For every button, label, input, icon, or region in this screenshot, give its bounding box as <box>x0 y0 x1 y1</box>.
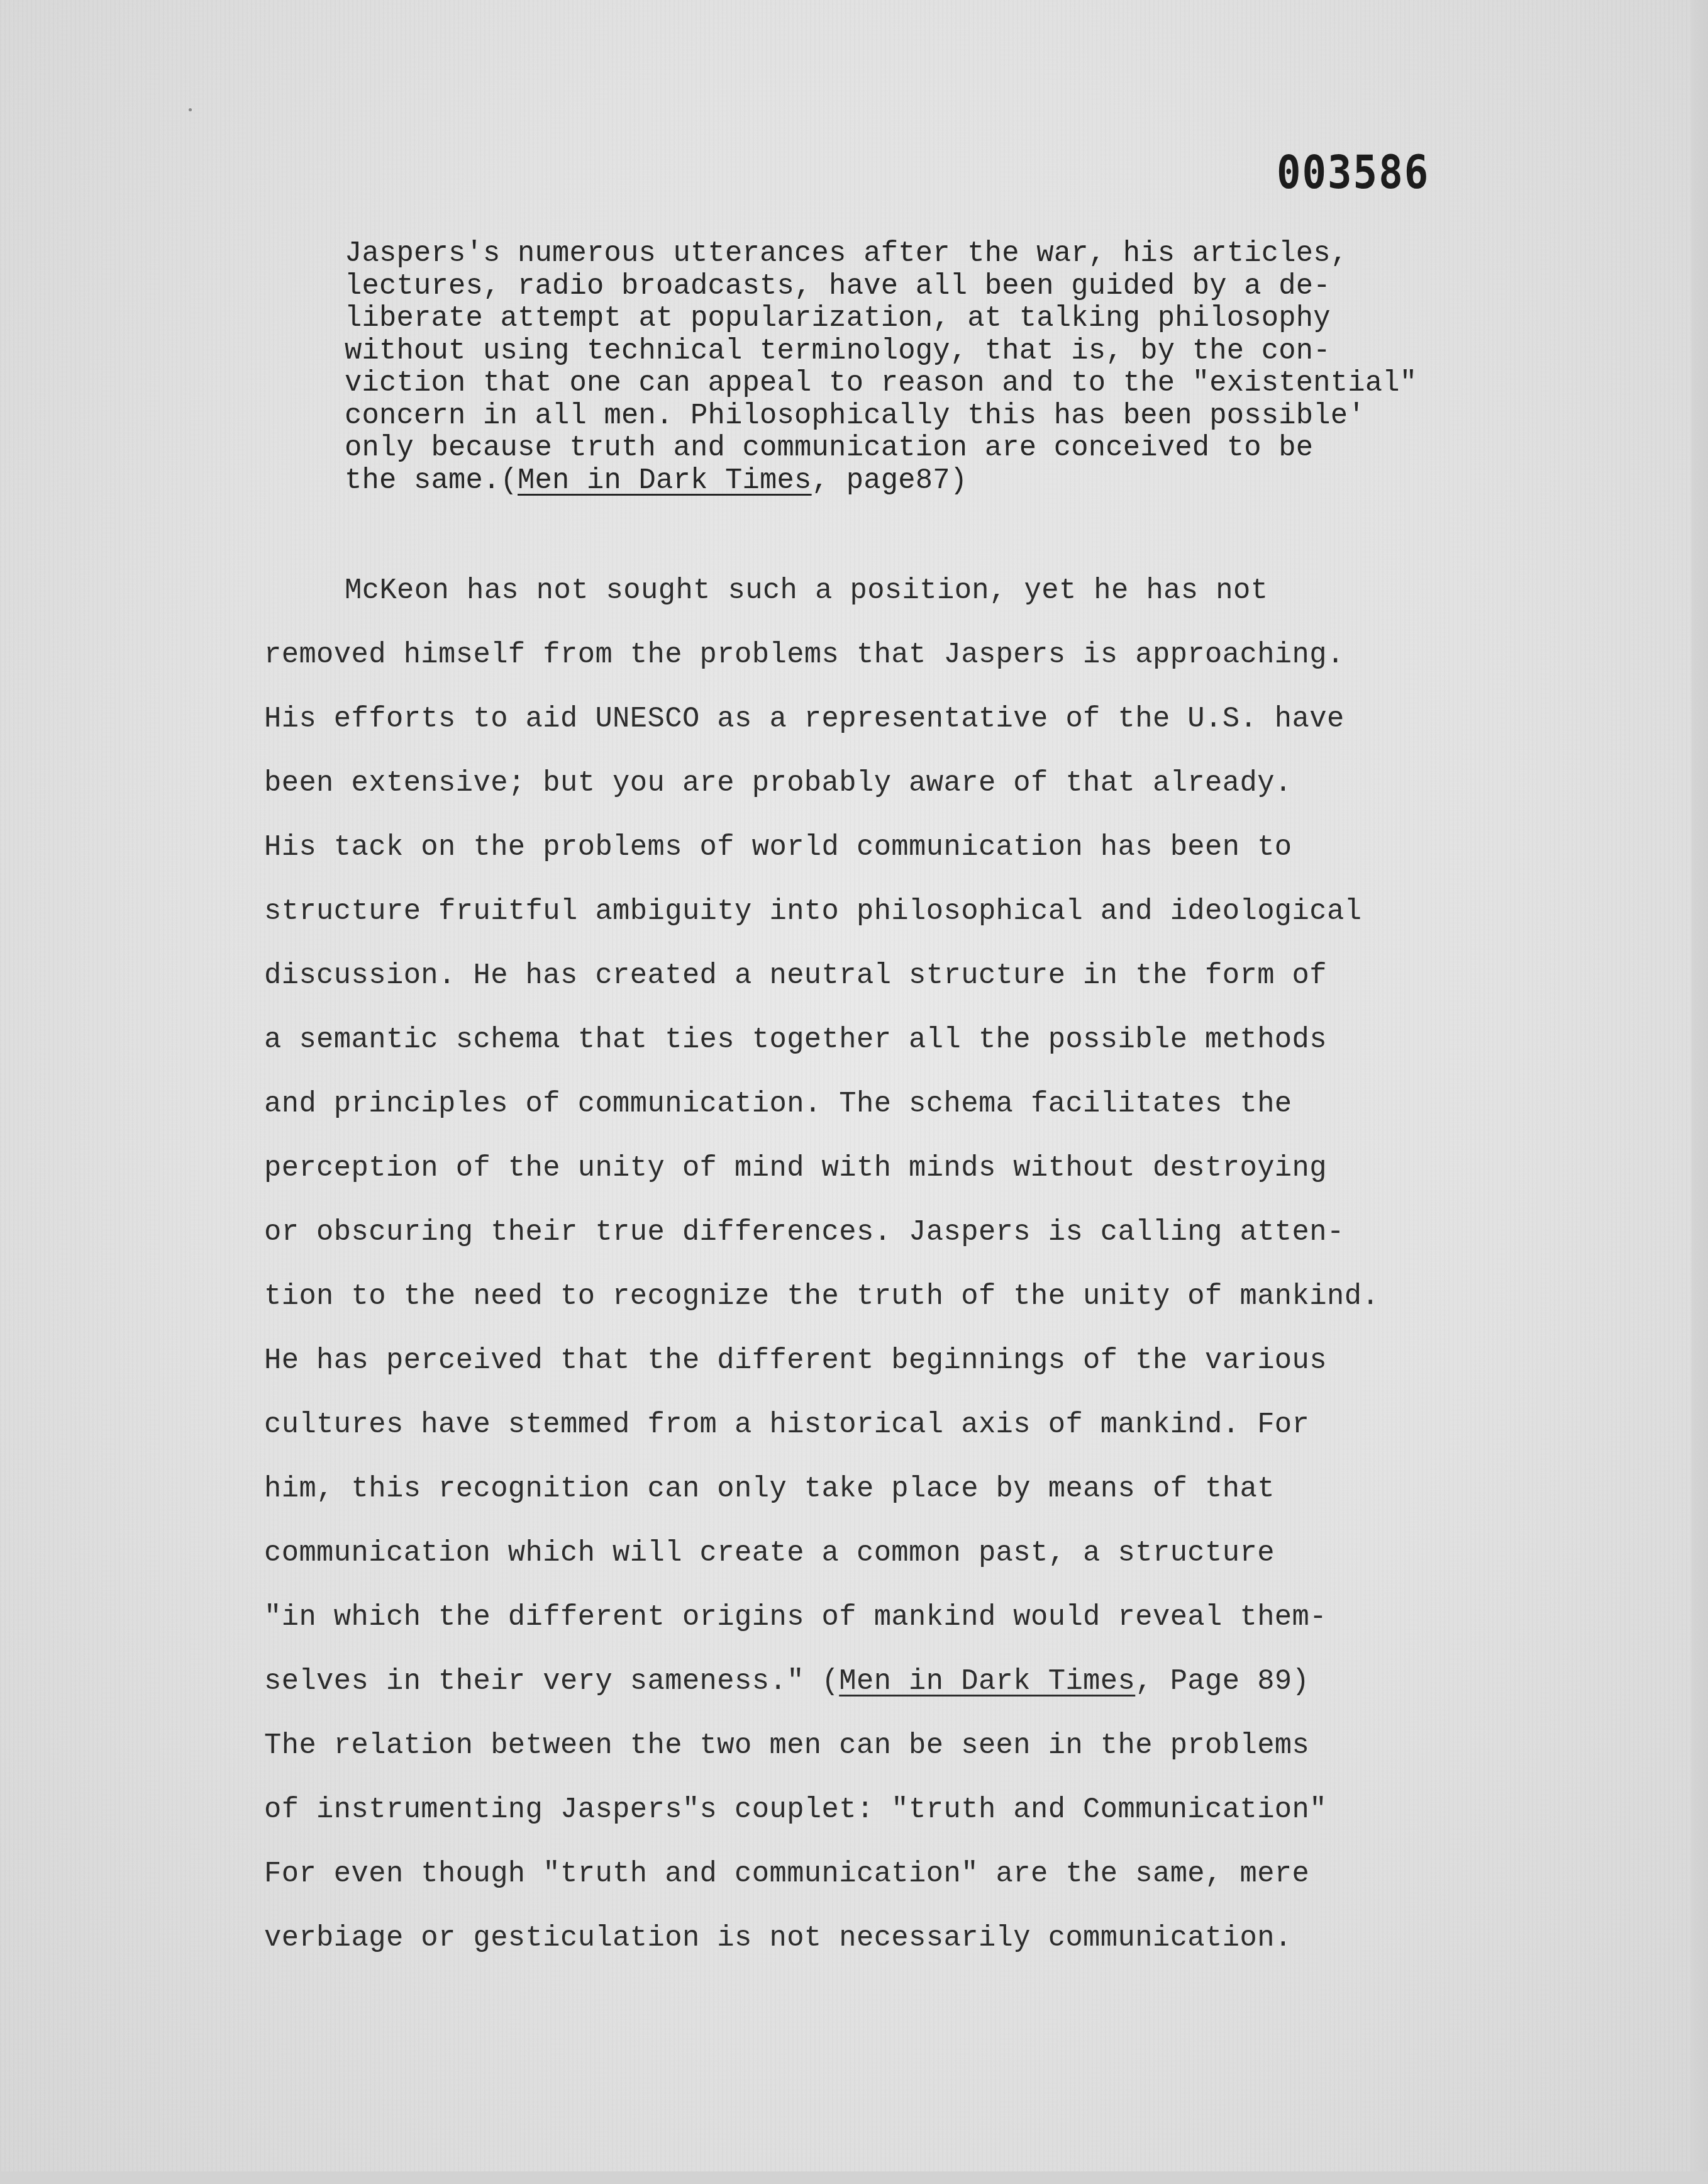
body-line: For even though "truth and communication… <box>264 1842 1585 1906</box>
block-quote: Jaspers's numerous utterances after the … <box>345 238 1571 497</box>
quote-line: Jaspers's numerous utterances after the … <box>345 238 1571 270</box>
quote-line: liberate attempt at popularization, at t… <box>345 303 1571 335</box>
body-citation-line: selves in their very sameness." (Men in … <box>264 1649 1585 1713</box>
body-line: McKeon has not sought such a position, y… <box>264 559 1585 623</box>
citation-title: Men in Dark Times <box>839 1665 1135 1698</box>
body-line: tion to the need to recognize the truth … <box>264 1264 1585 1329</box>
body-line: cultures have stemmed from a historical … <box>264 1393 1585 1457</box>
body-line: He has perceived that the different begi… <box>264 1329 1585 1393</box>
body-line: His tack on the problems of world commun… <box>264 815 1585 879</box>
body-line: structure fruitful ambiguity into philos… <box>264 879 1585 944</box>
page-edge-right <box>1692 0 1708 2184</box>
body-line: him, this recognition can only take plac… <box>264 1457 1585 1521</box>
body-line: a semantic schema that ties together all… <box>264 1008 1585 1072</box>
body-citation-prefix: selves in their very sameness." ( <box>264 1665 839 1698</box>
body-line: discussion. He has created a neutral str… <box>264 944 1585 1008</box>
body-line: verbiage or gesticulation is not necessa… <box>264 1906 1585 1970</box>
quote-line: lectures, radio broadcasts, have all bee… <box>345 270 1571 303</box>
quote-line: without using technical terminology, tha… <box>345 335 1571 368</box>
body-line: and principles of communication. The sch… <box>264 1072 1585 1136</box>
body-line: perception of the unity of mind with min… <box>264 1136 1585 1200</box>
quote-citation-prefix: the same.( <box>345 464 518 497</box>
citation-title: Men in Dark Times <box>518 464 812 497</box>
body-line: of instrumenting Jaspers"s couplet: "tru… <box>264 1778 1585 1842</box>
quote-line: only because truth and communication are… <box>345 432 1571 465</box>
quote-citation-line: the same.(Men in Dark Times, page87) <box>345 465 1571 498</box>
body-paragraph: McKeon has not sought such a position, y… <box>264 559 1585 1970</box>
page-edge-bottom <box>0 2171 1708 2184</box>
body-line: communication which will create a common… <box>264 1521 1585 1585</box>
body-line: "in which the different origins of manki… <box>264 1585 1585 1649</box>
body-line: The relation between the two men can be … <box>264 1713 1585 1778</box>
body-line: been extensive; but you are probably awa… <box>264 751 1585 815</box>
page-number-stamp: 003586 <box>1277 146 1429 199</box>
citation-page: , Page 89) <box>1135 1665 1309 1698</box>
body-line: or obscuring their true differences. Jas… <box>264 1200 1585 1264</box>
quote-line: viction that one can appeal to reason an… <box>345 367 1571 400</box>
body-line: removed himself from the problems that J… <box>264 623 1585 687</box>
paper-speck <box>189 108 192 111</box>
typewritten-page: 003586 Jaspers's numerous utterances aft… <box>0 0 1708 2184</box>
citation-page: , page87) <box>812 464 968 497</box>
quote-line: concern in all men. Philosophically this… <box>345 400 1571 433</box>
body-line: His efforts to aid UNESCO as a represent… <box>264 687 1585 751</box>
